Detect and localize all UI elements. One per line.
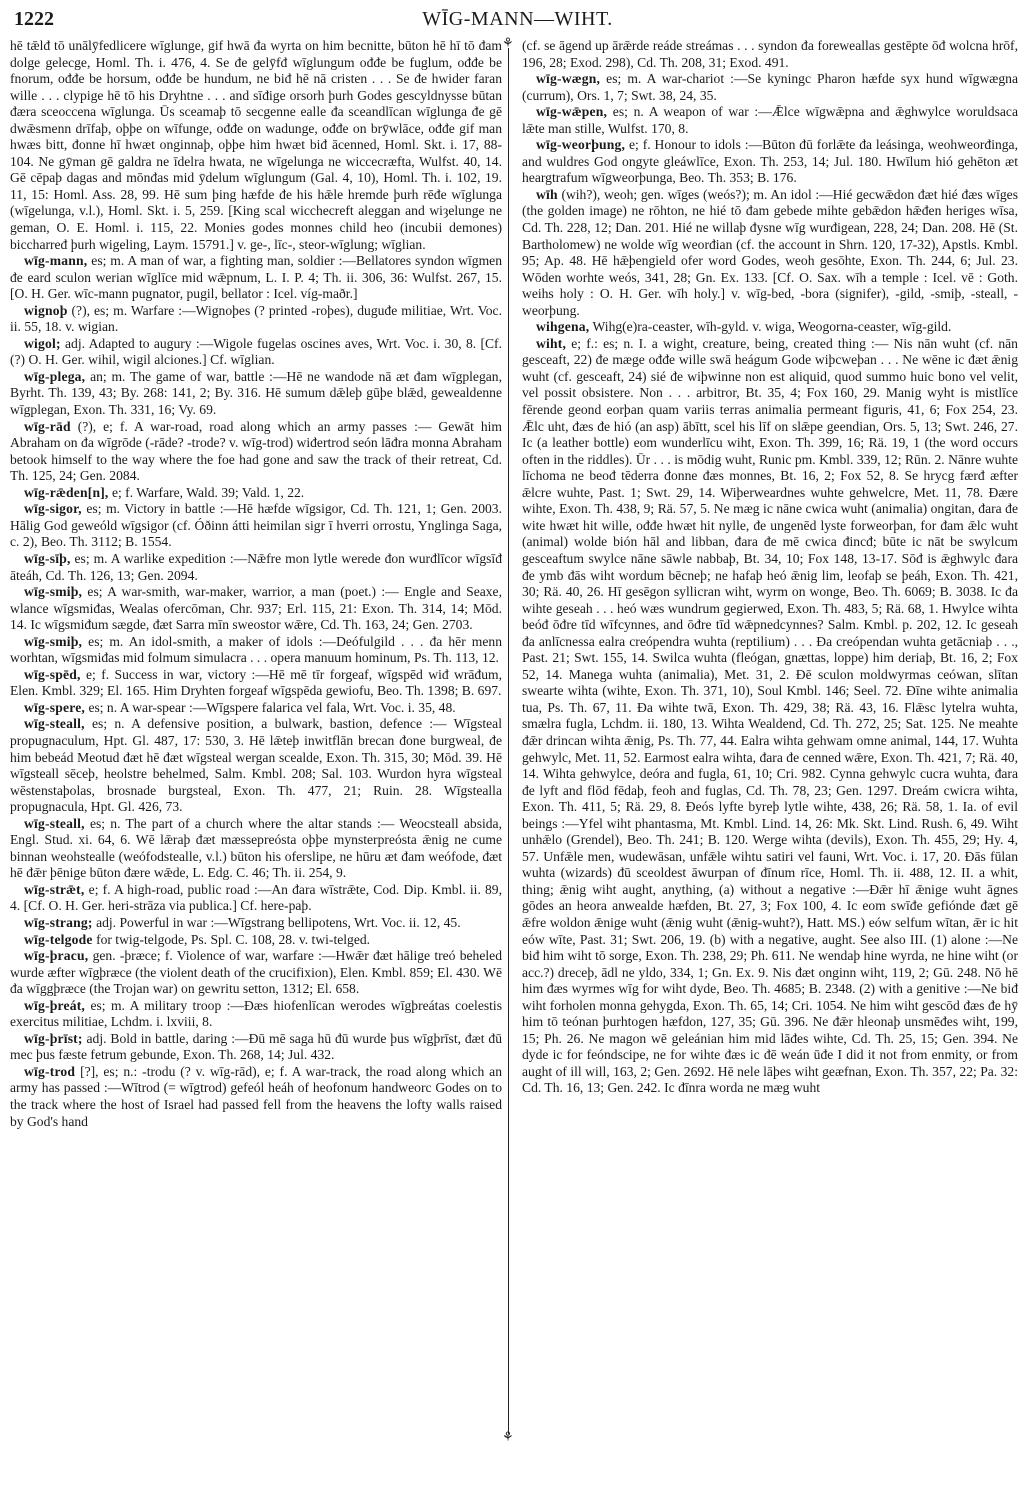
dictionary-entry: wignoþ (?), es; m. Warfare :—Wignoþes (?… [10, 303, 502, 336]
dictionary-entry: wīg-þrīst; adj. Bold in battle, daring :… [10, 1031, 502, 1064]
entry-headword: wīg-plega, [24, 369, 85, 384]
entry-text: es; m. An idol-smith, a maker of idols :… [10, 634, 502, 666]
entry-text: e; f. Success in war, victory :—Hē mē tī… [10, 667, 502, 699]
dictionary-entry: wīg-spere, es; n. A war-spear :—Wīgspere… [10, 700, 502, 717]
entry-text: adj. Bold in battle, daring :—Đū mē saga… [10, 1031, 502, 1063]
dictionary-entry: wīg-smiþ, es; m. An idol-smith, a maker … [10, 634, 502, 667]
dictionary-entry: wīg-wǣpen, es; n. A weapon of war :—Ǣlce… [522, 104, 1018, 137]
entry-headword: wigol; [24, 336, 61, 351]
left-column: hē tǣlđ tō unālȳfedlicere wīglunge, gif … [10, 38, 502, 1130]
entry-text: es; n. A war-spear :—Wīgspere falarica v… [88, 700, 455, 715]
entry-headword: wīg-weorþung, [536, 137, 625, 152]
entry-headword: wīg-rād [24, 419, 71, 434]
dictionary-entry: wīg-rād (?), e; f. A war-road, road alon… [10, 419, 502, 485]
page-header: 1222 WĪG-MANN—WIHT. [14, 8, 1021, 38]
entry-text: (?), e; f. A war-road, road along which … [10, 419, 502, 484]
entry-headword: wīg-wǣpen, [536, 104, 607, 119]
dictionary-entry: wīg-mann, es; m. A man of war, a fightin… [10, 253, 502, 303]
entry-text: hē tǣlđ tō unālȳfedlicere wīglunge, gif … [10, 38, 502, 252]
entry-text: es; m. Victory in battle :—Hē hæfde wīgs… [10, 501, 502, 549]
dictionary-entry: wīg-wægn, es; m. A war-chariot :—Se kyni… [522, 71, 1018, 104]
entry-headword: wīg-spere, [24, 700, 85, 715]
dictionary-entry: wīg-plega, an; m. The game of war, battl… [10, 369, 502, 419]
dictionary-entry: wīg-þreát, es; m. A military troop :—Đæs… [10, 998, 502, 1031]
running-head: WĪG-MANN—WIHT. [14, 8, 1021, 31]
entry-headword: wīg-trod [24, 1064, 75, 1079]
entry-headword: wīg-sigor, [24, 501, 82, 516]
entry-headword: wīg-spēd, [24, 667, 81, 682]
entry-headword: wīg-strǣt, [24, 882, 85, 897]
entry-headword: wīg-strang; [24, 915, 93, 930]
dictionary-entry: wihgena, Wihg(e)ra-ceaster, wīh-gyld. v.… [522, 319, 1018, 336]
entry-headword: wignoþ [24, 303, 68, 318]
entry-text: es; m. A warlike expedition :—Nǣfre mon … [10, 551, 502, 583]
dictionary-entry: wīg-þracu, gen. -þræce; f. Violence of w… [10, 948, 502, 998]
entry-headword: wīg-smiþ, [24, 634, 82, 649]
entry-headword: wīh [536, 187, 558, 202]
entry-text: e; f. Warfare, Wald. 39; Vald. 1, 22. [112, 485, 304, 500]
entry-headword: wīg-mann, [24, 253, 87, 268]
dictionary-entry: wīg-sigor, es; m. Victory in battle :—Hē… [10, 501, 502, 551]
entry-text: Wihg(e)ra-ceaster, wīh-gyld. v. wiga, We… [593, 319, 952, 334]
dictionary-entry: wīg-sīþ, es; m. A warlike expedition :—N… [10, 551, 502, 584]
entry-headword: wīg-þrīst; [24, 1031, 83, 1046]
entry-headword: wīg-sīþ, [24, 551, 71, 566]
entry-headword: wihgena, [536, 319, 589, 334]
entry-headword: wīg-rǣden[n], [24, 485, 109, 500]
dictionary-entry: wiht, e; f.: es; n. I. a wight, creature… [522, 336, 1018, 1097]
entry-headword: wīg-telgode [24, 932, 93, 947]
dictionary-entry: wīh (wih?), weoh; gen. wīges (weós?); m.… [522, 187, 1018, 319]
dictionary-entry: hē tǣlđ tō unālȳfedlicere wīglunge, gif … [10, 38, 502, 253]
entry-headword: wīg-þracu, [24, 948, 88, 963]
entry-headword: wīg-þreát, [24, 998, 85, 1013]
entry-headword: wīg-steall, [24, 716, 85, 731]
entry-text: (?), es; m. Warfare :—Wignoþes (? printe… [10, 303, 502, 335]
dictionary-entry: wīg-strang; adj. Powerful in war :—Wīgst… [10, 915, 502, 932]
entry-text: [?], es; n.: -trodu (? v. wīg-rād), e; f… [10, 1064, 502, 1129]
dictionary-entry: wīg-weorþung, e; f. Honour to idols :—Bū… [522, 137, 1018, 187]
dictionary-entry: wīg-trod [?], es; n.: -trodu (? v. wīg-r… [10, 1064, 502, 1130]
dictionary-entry: wīg-steall, es; n. A defensive position,… [10, 716, 502, 815]
dictionary-entry: wīg-telgode for twig-telgode, Ps. Spl. C… [10, 932, 502, 949]
entry-text: e; f.: es; n. I. a wight, creature, bein… [522, 336, 1018, 1096]
dictionary-entry: (cf. se āgend up ārǣrde reáde streámas .… [522, 38, 1018, 71]
entry-headword: wiht, [536, 336, 566, 351]
dictionary-entry: wigol; adj. Adapted to augury :—Wigole f… [10, 336, 502, 369]
column-ornament-bottom-icon: ⚘ [502, 1430, 514, 1443]
entry-text: for twig-telgode, Ps. Spl. C. 108, 28. v… [96, 932, 370, 947]
right-column: (cf. se āgend up ārǣrde reáde streámas .… [522, 38, 1018, 1097]
dictionary-entry: wīg-rǣden[n], e; f. Warfare, Wald. 39; V… [10, 485, 502, 502]
entry-headword: wīg-wægn, [536, 71, 600, 86]
dictionary-entry: wīg-spēd, e; f. Success in war, victory … [10, 667, 502, 700]
dictionary-entry: wīg-steall, es; n. The part of a church … [10, 816, 502, 882]
entry-text: (wih?), weoh; gen. wīges (weós?); m. An … [522, 187, 1018, 318]
dictionary-entry: wīg-smiþ, es; A war-smith, war-maker, wa… [10, 584, 502, 634]
entry-headword: wīg-steall, [24, 816, 85, 831]
entry-text: (cf. se āgend up ārǣrde reáde streámas .… [522, 38, 1018, 70]
dictionary-entry: wīg-strǣt, e; f. A high-road, public roa… [10, 882, 502, 915]
column-divider [508, 48, 509, 1434]
entry-text: adj. Adapted to augury :—Wigole fugelas … [10, 336, 502, 368]
entry-text: adj. Powerful in war :—Wīgstrang bellipo… [96, 915, 461, 930]
entry-text: es; A war-smith, war-maker, warrior, a m… [10, 584, 502, 632]
entry-headword: wīg-smiþ, [24, 584, 82, 599]
